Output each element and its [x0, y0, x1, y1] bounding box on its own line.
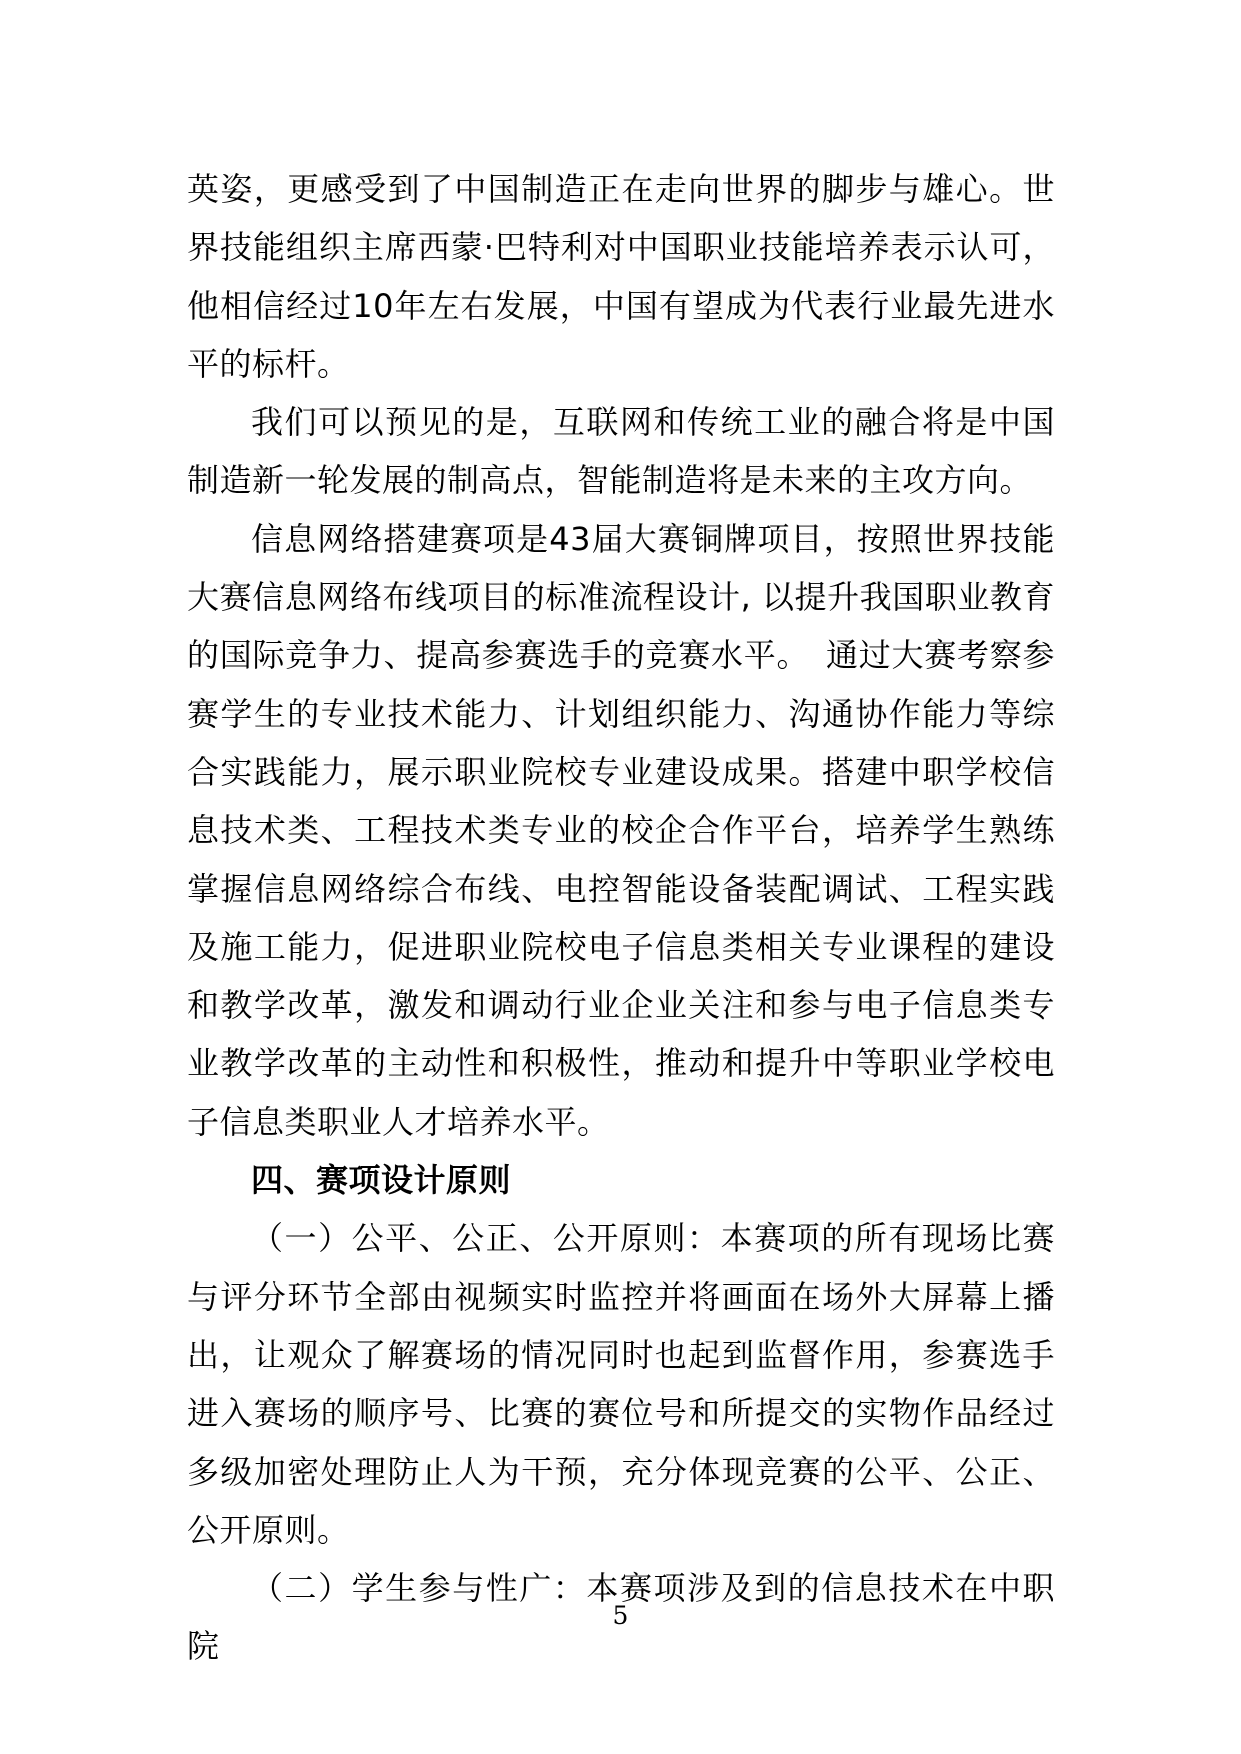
page-footer: 5 — [0, 1598, 1241, 1634]
paragraph: 英姿，更感受到了中国制造正在走向世界的脚步与雄心。世界技能组织主席西蒙·巴特利对… — [187, 160, 1055, 393]
page-number: 5 — [613, 1601, 629, 1630]
section-heading: 四、赛项设计原则 — [187, 1151, 1055, 1209]
document-page: 英姿，更感受到了中国制造正在走向世界的脚步与雄心。世界技能组织主席西蒙·巴特利对… — [0, 0, 1241, 1754]
paragraph: 信息网络搭建赛项是43届大赛铜牌项目，按照世界技能大赛信息网络布线项目的标准流程… — [187, 510, 1055, 1151]
document-body: 英姿，更感受到了中国制造正在走向世界的脚步与雄心。世界技能组织主席西蒙·巴特利对… — [187, 160, 1055, 1676]
paragraph: （一）公平、公正、公开原则：本赛项的所有现场比赛与评分环节全部由视频实时监控并将… — [187, 1209, 1055, 1559]
paragraph: 我们可以预见的是，互联网和传统工业的融合将是中国制造新一轮发展的制高点，智能制造… — [187, 393, 1055, 510]
